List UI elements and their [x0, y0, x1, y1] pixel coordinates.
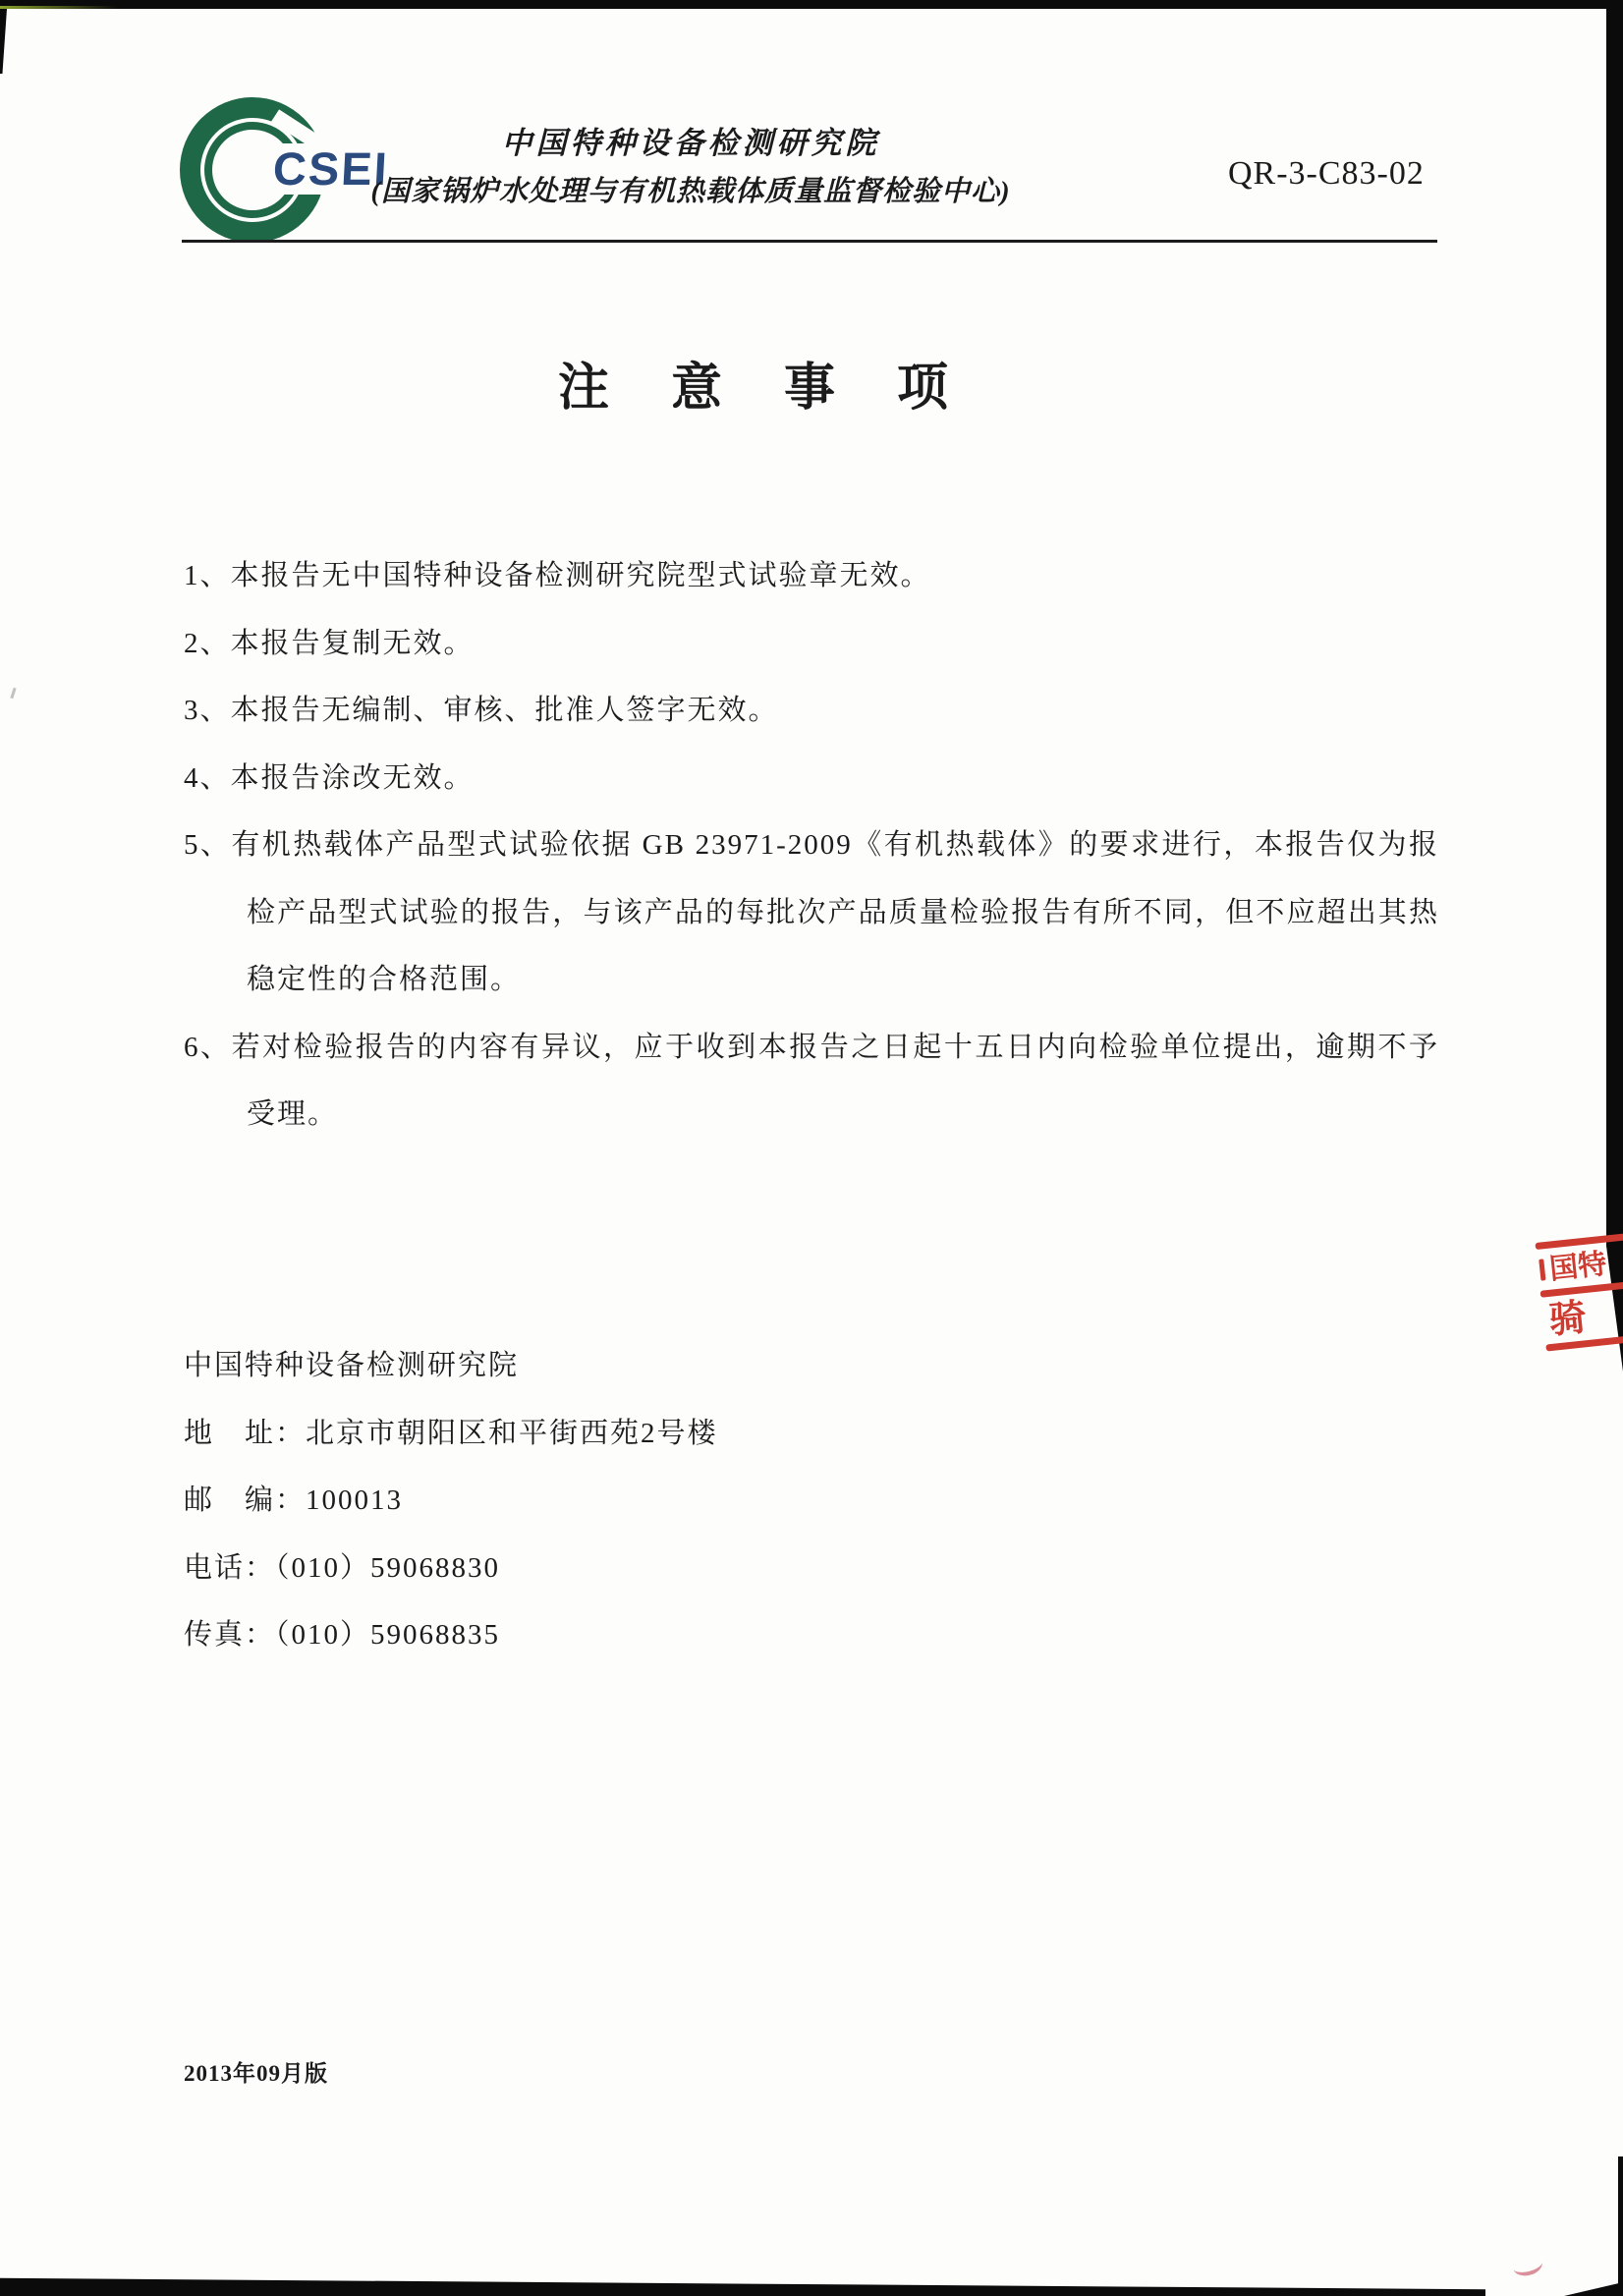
org-name: 中国特种设备检测研究院	[334, 120, 1047, 167]
scan-edge-left	[0, 9, 7, 74]
org-subtitle: (国家锅炉水处理与有机热载体质量监督检验中心)	[334, 167, 1047, 216]
scan-edge-right	[1606, 0, 1623, 1246]
zip-label: 邮 编：	[184, 1484, 306, 1516]
contact-zip: 邮 编：100013	[184, 1467, 718, 1535]
document-page: CSEI 中国特种设备检测研究院 (国家锅炉水处理与有机热载体质量监督检验中心)…	[0, 0, 1623, 2296]
doc-code: QR-3-C83-02	[1228, 155, 1425, 193]
note-item-6: 6、若对检验报告的内容有异议，应于收到本报告之日起十五日内向检验单位提出，逾期不…	[184, 1014, 1439, 1148]
note-item-5: 5、有机热载体产品型式试验依据 GB 23971-2009《有机热载体》的要求进…	[184, 812, 1439, 1014]
ink-smudge	[1511, 2253, 1544, 2279]
note-number: 3、	[184, 695, 231, 726]
note-text: 本报告复制无效。	[231, 628, 475, 659]
note-number: 1、	[184, 560, 231, 591]
note-text: 本报告无编制、审核、批准人签字无效。	[231, 695, 779, 726]
contact-address: 地 址：北京市朝阳区和平街西苑2号楼	[184, 1400, 718, 1468]
phone-value: （010）59068830	[275, 1552, 500, 1584]
header-org-block: 中国特种设备检测研究院 (国家锅炉水处理与有机热载体质量监督检验中心)	[334, 120, 1047, 216]
fax-value: （010）59068835	[275, 1619, 500, 1651]
notes-list: 1、本报告无中国特种设备检测研究院型式试验章无效。 2、本报告复制无效。 3、本…	[184, 542, 1439, 1148]
note-number: 5、	[184, 829, 231, 861]
scan-edge-bottom	[0, 2270, 1485, 2296]
scan-edge-right-lower	[1618, 2156, 1623, 2296]
note-number: 6、	[184, 1032, 232, 1063]
page-title: 注 意 事 项	[558, 346, 950, 420]
contact-phone: 电话：（010）59068830	[184, 1535, 718, 1602]
scan-edge-corner	[1564, 2282, 1623, 2296]
scan-edge-top	[0, 0, 1623, 9]
phone-label: 电话：	[184, 1552, 275, 1584]
note-item-3: 3、本报告无编制、审核、批准人签字无效。	[184, 677, 1439, 745]
contact-org: 中国特种设备检测研究院	[184, 1332, 718, 1400]
header-divider	[182, 240, 1437, 243]
fax-label: 传真：	[184, 1619, 275, 1651]
note-text: 若对检验报告的内容有异议，应于收到本报告之日起十五日内向检验单位提出，逾期不予受…	[232, 1032, 1439, 1131]
riding-seam-stamp: 国特 骑	[1535, 1233, 1623, 1351]
address-label: 地 址：	[184, 1418, 306, 1449]
contact-fax: 传真：（010）59068835	[184, 1601, 718, 1669]
note-item-2: 2、本报告复制无效。	[184, 610, 1439, 678]
note-item-4: 4、本报告涂改无效。	[184, 745, 1439, 812]
note-item-1: 1、本报告无中国特种设备检测研究院型式试验章无效。	[184, 542, 1439, 610]
note-text: 本报告无中国特种设备检测研究院型式试验章无效。	[231, 560, 931, 591]
contact-block: 中国特种设备检测研究院 地 址：北京市朝阳区和平街西苑2号楼 邮 编：10001…	[184, 1332, 718, 1669]
stamp-text-bottom: 骑	[1541, 1290, 1623, 1344]
scan-speck	[10, 688, 16, 699]
note-text: 有机热载体产品型式试验依据 GB 23971-2009《有机热载体》的要求进行，…	[231, 829, 1439, 995]
note-number: 2、	[184, 628, 231, 659]
stamp-text-top: 国特	[1536, 1241, 1623, 1291]
note-number: 4、	[184, 762, 231, 794]
scan-edge-tint	[0, 6, 118, 9]
note-text: 本报告涂改无效。	[231, 762, 475, 794]
zip-value: 100013	[306, 1484, 403, 1516]
version-note: 2013年09月版	[184, 2055, 328, 2088]
address-value: 北京市朝阳区和平街西苑2号楼	[306, 1418, 718, 1449]
